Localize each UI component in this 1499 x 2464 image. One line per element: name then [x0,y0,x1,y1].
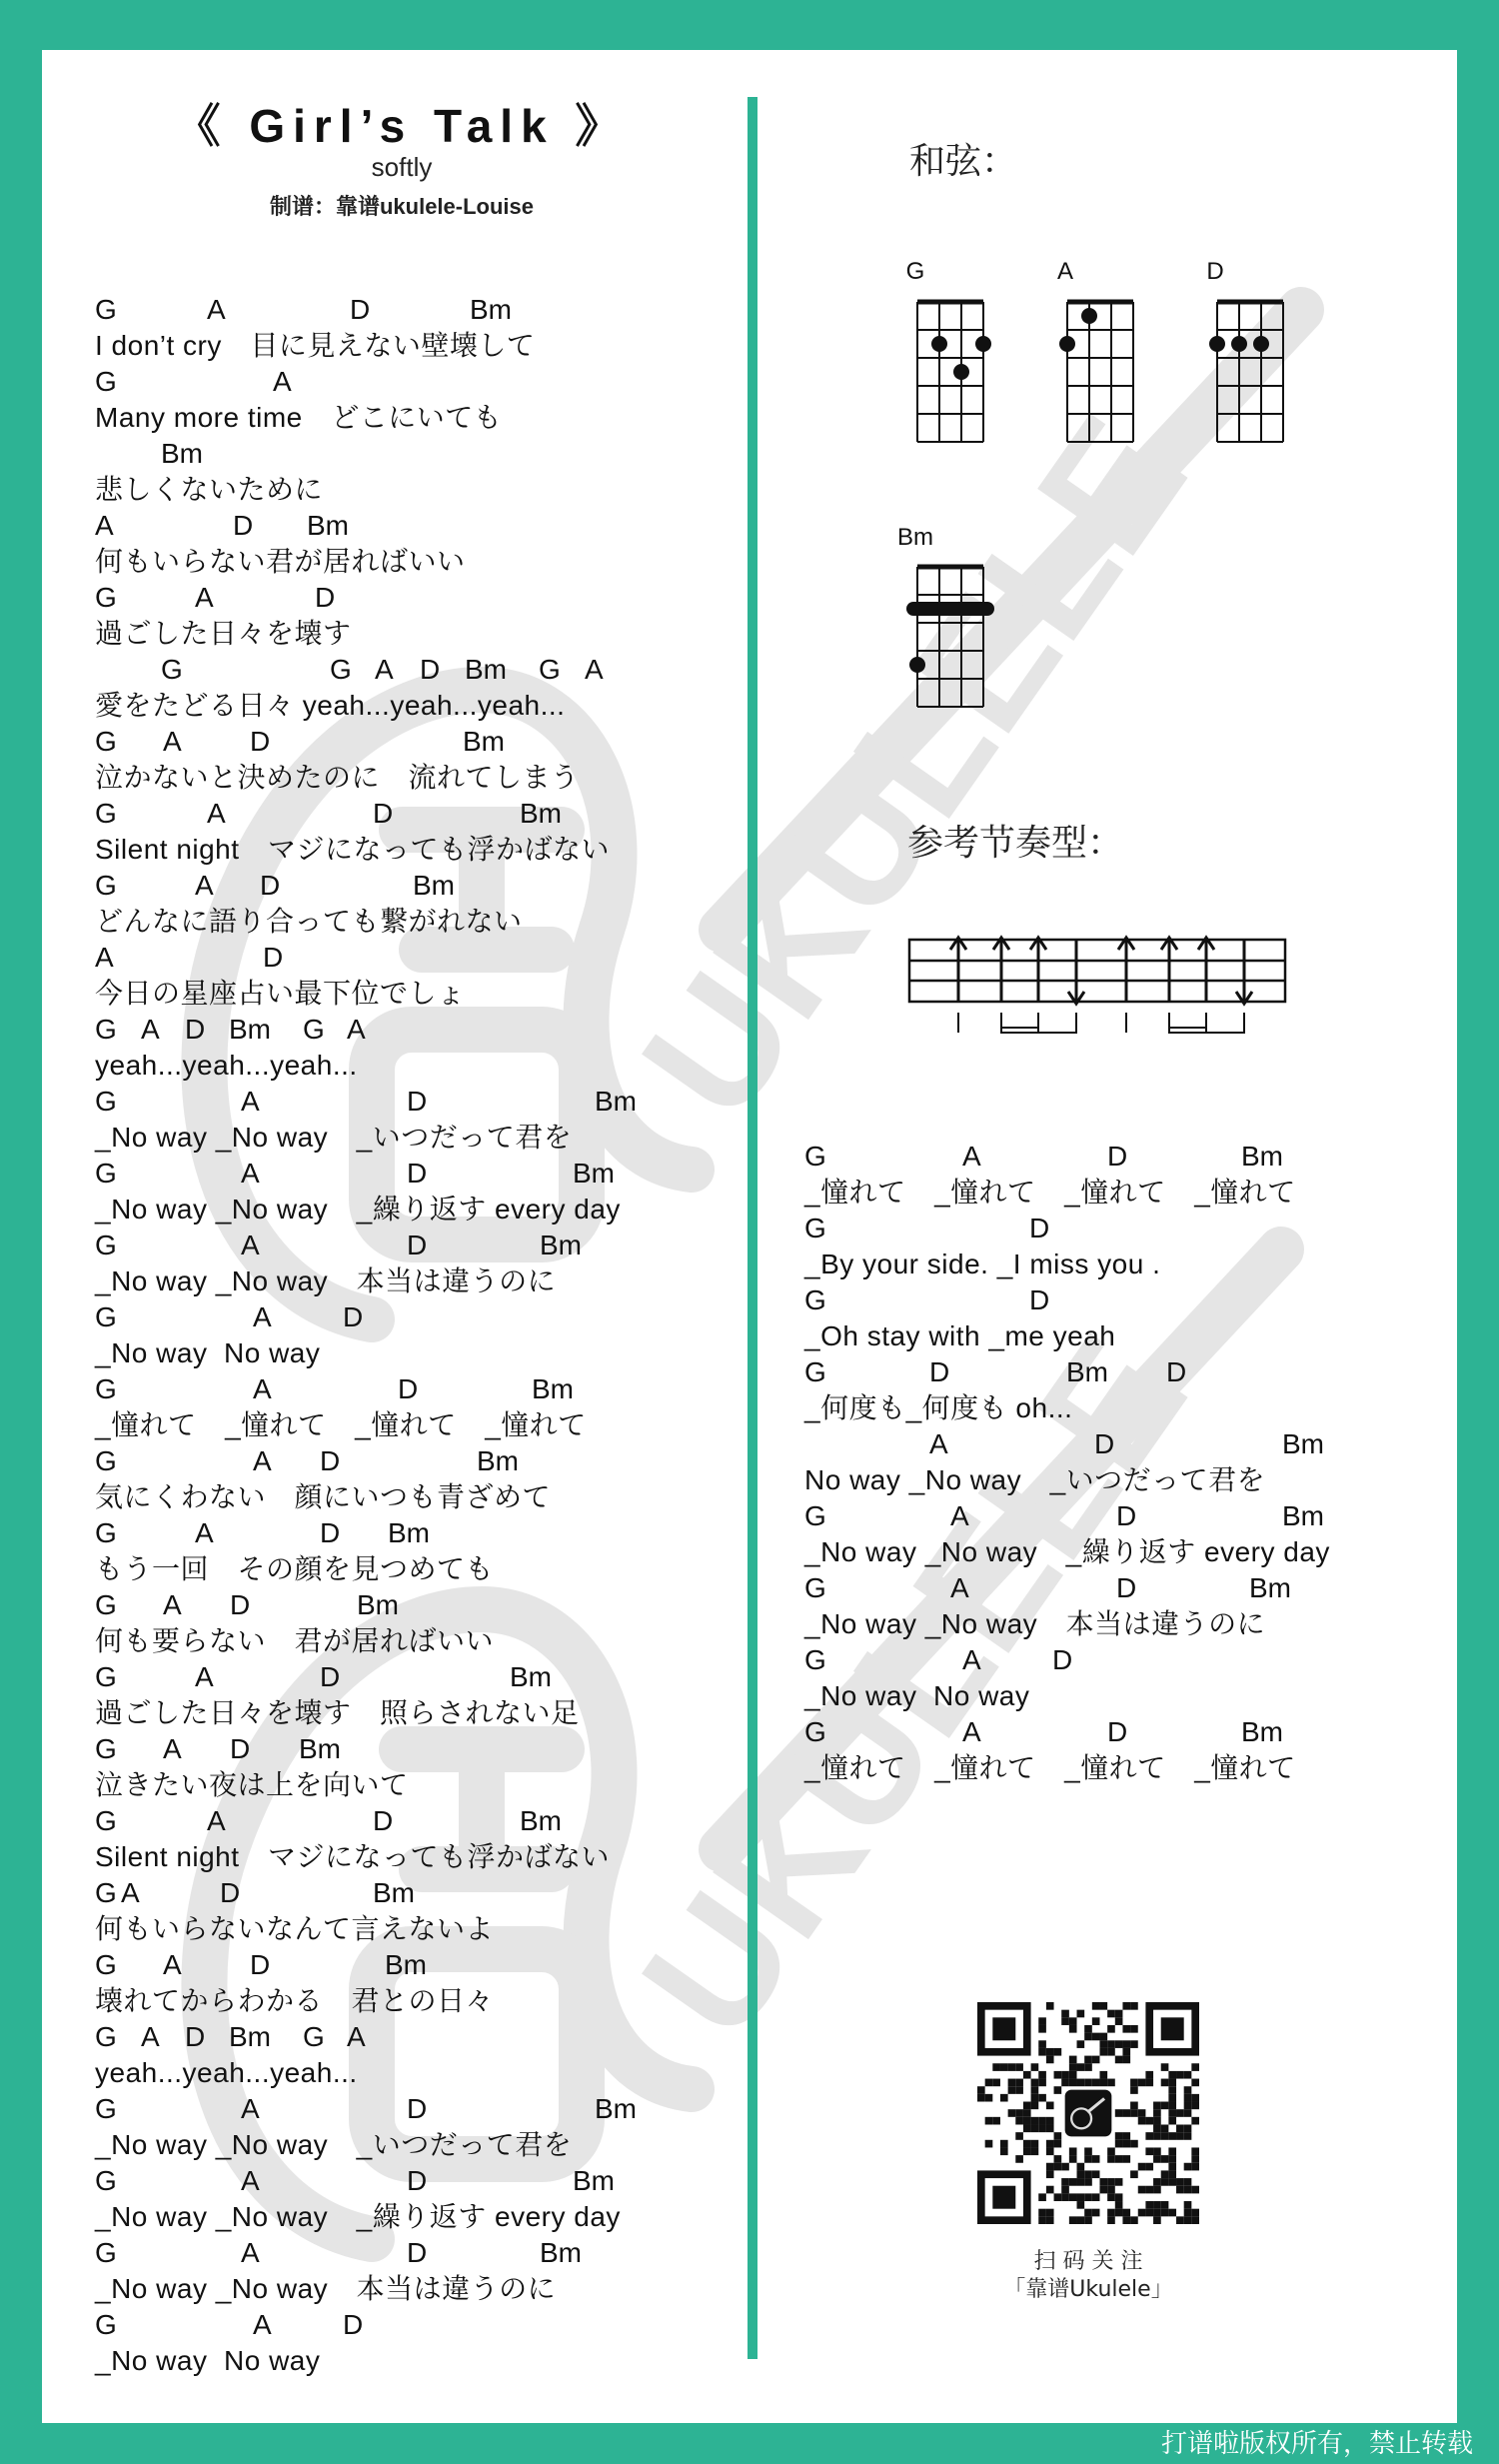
lyric-line: _No way _No way _いつだって君を [95,2128,572,2162]
chord-line: GADBm [95,1372,735,1406]
chord-line: GADBm [95,1157,735,1191]
chord-line: GADBm [95,1804,735,1838]
lyric-line: _No way _No way 本当は違うのに [95,2272,556,2306]
chord-symbol: A [163,1588,182,1622]
chord-symbol: D [343,1300,363,1334]
chord-symbol: G [95,1229,117,1262]
chord-symbol: G [95,1300,117,1334]
lyric-line: 何もいらないなんて言えないよ [95,1912,494,1946]
chord-symbol: G [330,653,352,687]
chord-symbol: D [250,725,270,759]
chord-symbol: A [241,1085,260,1119]
chords-section-label: 和弦： [909,133,1017,184]
chord-symbol: A [207,293,226,327]
chord-symbol: D [350,293,370,327]
chord-symbol: D [1094,1427,1114,1461]
chord-line: GADBm [95,2164,735,2198]
chord-line: ADBm [804,1427,1444,1461]
song-style: softly [122,152,682,183]
chord-symbol: Bm [1066,1355,1108,1389]
chord-symbol: D [407,1157,427,1191]
chord-symbol: G [95,725,117,759]
chord-line: GADBm [95,1229,735,1262]
chord-symbol: G [95,1013,117,1047]
chord-line: GADBmGA [95,1013,735,1047]
chord-symbol: Bm [1282,1499,1324,1533]
chord-line: GA [95,365,735,399]
chord-symbol: D [233,509,253,543]
lyric-line: _No way _No way _繰り返す every day [804,1535,1330,1569]
chord-symbol: A [347,1013,366,1047]
chord-symbol: G [804,1571,826,1605]
lyric-line: yeah...yeah...yeah... [95,1049,358,1083]
chord-line: GD [804,1283,1444,1317]
chord-symbol: A [195,581,214,615]
chord-symbol: G [95,1157,117,1191]
chord-symbol: D [260,869,280,903]
chord-symbol: A [241,2092,260,2126]
chord-symbol: G [95,2308,117,2342]
chord-symbol: A [95,509,114,543]
chord-symbol: A [207,797,226,831]
chord-symbol: A [375,653,394,687]
chord-symbol: Bm [463,725,505,759]
chord-symbol: Bm [229,1013,271,1047]
chord-line: GAD [95,581,735,615]
chord-line: GADBm [95,1948,735,1982]
column-divider [748,97,757,2359]
chord-symbol: Bm [477,1444,519,1478]
chord-line: GD [804,1212,1444,1245]
lyric-line: 今日の星座占い最下位でしょ [95,977,466,1011]
chord-symbol: A [241,2236,260,2270]
chord-symbol: G [95,1948,117,1982]
chord-symbol: G [95,2020,117,2054]
chord-symbol: D [1052,1643,1072,1677]
chord-symbol: D [230,1732,250,1766]
chord-line: GADBm [95,725,735,759]
chord-symbol: G [539,653,561,687]
chord-symbol: G [303,2020,325,2054]
chord-symbol: D [343,2308,363,2342]
chord-symbol: A [585,653,604,687]
chord-symbol: D [250,1948,270,1982]
chord-symbol: D [1029,1283,1049,1317]
chord-symbol: A [962,1715,981,1749]
chord-symbol: G [95,797,117,831]
lyric-line: _憧れて _憧れて _憧れて _憧れて [95,1408,587,1442]
chord-symbol: Bm [573,2164,615,2198]
lyric-line: どんなに語り合っても繋がれない [95,905,523,939]
chord-symbol: G [804,1715,826,1749]
song-sheet-card: UKULELE UKULELE 《 Girl’s Talk 》 softly 制… [42,50,1457,2423]
chord-diagram-bm-icon [905,559,995,709]
lyric-line: 何もいらない君が居ればいい [95,545,466,579]
chord-symbol: A [163,1948,182,1982]
chord-symbol: D [263,941,283,975]
chord-line: Bm [95,437,735,471]
chord-symbol: A [253,2308,272,2342]
chord-symbol: D [230,1588,250,1622]
qr-caption-follow: 扫 码 关 注 [938,2244,1238,2275]
chord-symbol: G [95,1732,117,1766]
chord-symbol: G [161,653,183,687]
lyric-line: I don’t cry 目に見えない壁壊して [95,329,535,363]
lyric-line: _憧れて _憧れて _憧れて _憧れて [804,1751,1296,1785]
chord-symbol: G [95,581,117,615]
chord-symbol: D [1166,1355,1186,1389]
chord-symbol: Bm [1249,1571,1291,1605]
chord-symbol: D [185,1013,205,1047]
chord-symbol: Bm [307,509,349,543]
chord-symbol: A [950,1499,969,1533]
lyric-line: yeah...yeah...yeah... [95,2056,358,2090]
lyric-line: _No way No way [95,1336,320,1370]
chord-symbol: Bm [1241,1140,1283,1174]
chord-symbol: A [347,2020,366,2054]
chord-symbol: D [407,1229,427,1262]
lyric-line: 愛をたどる日々 yeah...yeah...yeah... [95,689,565,723]
chord-symbol: A [121,1876,140,1910]
chord-symbol: D [407,2164,427,2198]
chord-line: GGADBmGA [95,653,735,687]
chord-symbol: D [220,1876,240,1910]
chord-line: GAD [95,2308,735,2342]
chord-symbol: G [95,1876,117,1910]
chord-symbol: G [95,1804,117,1838]
chord-symbol: G [95,1372,117,1406]
chord-symbol: A [95,941,114,975]
chord-line: GADBm [95,1588,735,1622]
lyrics-left-column: GADBmI don’t cry 目に見えない壁壊してGAMany more t… [95,293,735,2412]
chord-symbol: A [962,1140,981,1174]
chord-symbol: Bm [532,1372,574,1406]
chord-symbol: Bm [1241,1715,1283,1749]
chord-symbol: Bm [357,1588,399,1622]
lyric-line: _何度も_何度も oh... [804,1391,1072,1425]
lyric-line: _No way _No way _繰り返す every day [95,2200,621,2234]
chord-symbol: A [253,1372,272,1406]
chord-symbol: G [804,1355,826,1389]
chord-line: GADBm [95,1516,735,1550]
copyright-notice: 打谱啦版权所有，禁止转载 [1161,2423,1473,2460]
chord-symbol: Bm [540,1229,582,1262]
lyric-line: _No way No way [95,2344,320,2378]
lyric-line: 悲しくないために [95,473,323,507]
chord-line: GAD [95,1300,735,1334]
chord-symbol: D [320,1444,340,1478]
chord-symbol: D [185,2020,205,2054]
chord-symbol: G [95,2236,117,2270]
lyric-line: _By your side. _I miss you . [804,1247,1160,1281]
lyric-line: No way _No way _いつだって君を [804,1463,1265,1497]
chord-symbol: D [373,797,393,831]
chord-symbol: A [241,1157,260,1191]
chord-line: ADBm [95,509,735,543]
chord-symbol: Bm [540,2236,582,2270]
chord-line: GAD [804,1643,1444,1677]
chord-symbol: Bm [413,869,455,903]
chord-diagram-label-bm: Bm [880,524,950,552]
chord-symbol: Bm [573,1157,615,1191]
chord-line: GADBm [804,1140,1444,1174]
chord-diagram-a-icon [1055,294,1145,444]
lyric-line: _No way _No way 本当は違うのに [804,1607,1265,1641]
lyric-line: 何も要らない 君が居ればいい [95,1624,494,1658]
chord-symbol: G [95,293,117,327]
chord-symbol: D [1029,1212,1049,1245]
lyric-line: 過ごした日々を壊す [95,617,352,651]
chord-line: GADBm [804,1499,1444,1533]
rhythm-section-label: 参考节奏型： [907,815,1123,866]
chord-symbol: G [804,1283,826,1317]
chord-symbol: A [195,1516,214,1550]
lyric-line: Silent night マジになっても浮かばない [95,833,610,867]
chord-symbol: G [804,1140,826,1174]
chord-line: GADBmGA [95,2020,735,2054]
chord-diagram-label-g: G [880,258,950,286]
chord-diagram-label-d: D [1180,258,1250,286]
chord-symbol: D [1107,1140,1127,1174]
chord-symbol: Bm [595,1085,637,1119]
chord-symbol: G [804,1643,826,1677]
chord-symbol: D [373,1804,393,1838]
chord-symbol: G [95,2092,117,2126]
chord-symbol: Bm [373,1876,415,1910]
chord-symbol: D [407,2236,427,2270]
chord-line: GADBm [95,2092,735,2126]
chord-diagram-g-icon [905,294,995,444]
chord-symbol: G [95,1085,117,1119]
lyric-line: 泣かないと決めたのに 流れてしまう [95,761,580,795]
chord-symbol: D [420,653,440,687]
qr-caption-account: 「靠谱Ukulele」 [938,2272,1238,2303]
lyric-line: _No way _No way 本当は違うのに [95,1264,556,1298]
chord-symbol: D [315,581,335,615]
lyric-line: _憧れて _憧れて _憧れて _憧れて [804,1176,1296,1210]
chord-symbol: Bm [1282,1427,1324,1461]
chord-symbol: Bm [465,653,507,687]
chord-symbol: A [195,869,214,903]
chord-symbol: A [253,1300,272,1334]
chord-symbol: A [253,1444,272,1478]
chord-symbol: A [273,365,292,399]
chord-line: GADBm [95,1444,735,1478]
chord-diagram-d-icon [1205,294,1295,444]
chord-symbol: D [407,1085,427,1119]
chord-symbol: Bm [510,1660,552,1694]
chord-line: GADBm [804,1715,1444,1749]
lyric-line: Silent night マジになっても浮かばない [95,1840,610,1874]
lyric-line: _Oh stay with _me yeah [804,1319,1115,1353]
chord-symbol: D [1116,1571,1136,1605]
chord-symbol: G [95,2164,117,2198]
chord-symbol: D [1116,1499,1136,1533]
chord-symbol: A [241,1229,260,1262]
lyric-line: もう一回 その顔を見つめても [95,1552,494,1586]
chord-symbol: A [163,725,182,759]
chord-symbol: G [95,1660,117,1694]
chord-symbol: Bm [299,1732,341,1766]
chord-symbol: Bm [470,293,512,327]
chord-symbol: A [195,1660,214,1694]
chord-symbol: A [141,1013,160,1047]
chord-line: GADBm [95,1085,735,1119]
chord-symbol: G [303,1013,325,1047]
chord-symbol: G [804,1499,826,1533]
lyric-line: 過ごした日々を壊す 照らされない足 [95,1696,580,1730]
chord-symbol: Bm [385,1948,427,1982]
chord-line: AD [95,941,735,975]
chord-symbol: D [929,1355,949,1389]
chord-symbol: G [95,1516,117,1550]
chord-line: GDBmD [804,1355,1444,1389]
chord-line: GADBm [95,869,735,903]
chord-symbol: A [962,1643,981,1677]
lyric-line: _No way _No way _繰り返す every day [95,1193,621,1227]
chord-symbol: D [407,2092,427,2126]
chord-symbol: D [1107,1715,1127,1749]
chord-symbol: A [241,2164,260,2198]
chord-symbol: A [141,2020,160,2054]
chord-symbol: Bm [520,797,562,831]
chord-line: GADBm [804,1571,1444,1605]
chord-symbol: A [950,1571,969,1605]
lyric-line: 気にくわない 顔にいつも青ざめて [95,1480,551,1514]
chord-symbol: Bm [520,1804,562,1838]
chord-symbol: G [804,1212,826,1245]
chord-symbol: G [95,1588,117,1622]
transcriber-credit: 制谱：靠谱ukulele-Louise [122,190,682,221]
chord-symbol: A [163,1732,182,1766]
lyric-line: 壊れてからわかる 君との日々 [95,1984,494,2018]
chord-diagram-label-a: A [1030,258,1100,286]
chord-line: GADBm [95,797,735,831]
chord-symbol: G [95,869,117,903]
song-title: 《 Girl’s Talk 》 [122,90,682,156]
lyric-line: Many more time どこにいても [95,401,502,435]
chord-symbol: G [95,365,117,399]
chord-symbol: D [320,1516,340,1550]
lyric-line: 泣きたい夜は上を向いて [95,1768,409,1802]
chord-symbol: Bm [161,437,203,471]
chord-symbol: Bm [388,1516,430,1550]
strum-pattern-icon [901,920,1301,1040]
chord-symbol: D [398,1372,418,1406]
chord-symbol: Bm [229,2020,271,2054]
chord-line: GADBm [95,2236,735,2270]
chord-symbol: D [320,1660,340,1694]
chord-line: GADBm [95,293,735,327]
lyrics-right-column: GADBm_憧れて _憧れて _憧れて _憧れてGD_By your side.… [804,1140,1444,1839]
chord-line: GADBm [95,1660,735,1694]
chord-line: GADBm [95,1732,735,1766]
chord-line: GADBm [95,1876,735,1910]
lyric-line: _No way _No way _いつだって君を [95,1121,572,1155]
chord-symbol: Bm [595,2092,637,2126]
lyric-line: _No way No way [804,1679,1029,1713]
chord-symbol: A [207,1804,226,1838]
qr-code-icon[interactable] [977,2002,1199,2224]
chord-symbol: A [929,1427,948,1461]
chord-symbol: G [95,1444,117,1478]
